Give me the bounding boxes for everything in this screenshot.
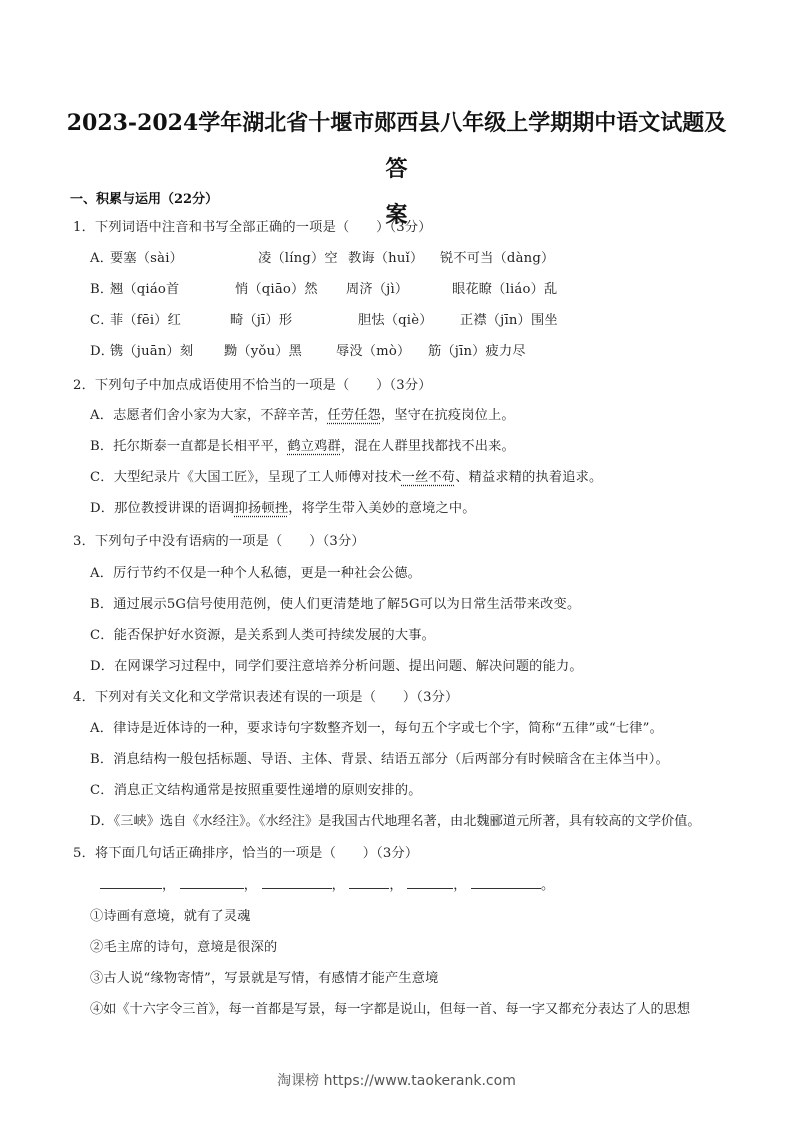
dotted-idiom: 一丝不苟 (402, 470, 456, 485)
question-2-option-a: A．志愿者们舍小家为大家，不辞辛苦，任劳任怨，坚守在抗疫岗位上。 (90, 404, 515, 423)
question-2-option-d: D．那位教授讲课的语调抑扬顿挫，将学生带入美妙的意境之中。 (90, 497, 476, 516)
question-4-option-b: B．消息结构一般包括标题、导语、主体、背景、结语五部分（后两部分有时候暗含在主体… (90, 748, 669, 767)
blank-5[interactable] (407, 876, 453, 889)
question-3-option-c: C．能否保护好水资源，是关系到人类可持续发展的大事。 (90, 624, 435, 643)
blank-6[interactable] (471, 876, 541, 889)
question-4-stem: 4．下列对有关文化和文学常识表述有误的一项是（ ）（3分） (73, 686, 458, 705)
question-4-option-c: C．消息正文结构通常是按照重要性递增的原则安排的。 (90, 779, 422, 798)
dotted-idiom: 鹤立鸡群 (287, 439, 341, 454)
sentence-1: ①诗画有意境，就有了灵魂 (90, 905, 251, 924)
blank-1[interactable] (100, 876, 162, 889)
sentence-4: ④如《十六字令三首》，每一首都是写景，每一字都是说山，但每一首、每一字又都充分表… (90, 998, 690, 1017)
question-3-option-b: B．通过展示5G信号使用范例，使人们更清楚地了解5G可以为日常生活带来改变。 (90, 593, 580, 612)
dotted-idiom: 任劳任怨 (327, 408, 381, 423)
dotted-idiom: 抑扬顿挫 (235, 501, 289, 516)
blank-4[interactable] (349, 876, 389, 889)
question-5-stem: 5．将下面几句话正确排序，恰当的一项是（ ）（3分） (73, 842, 418, 861)
section-heading: 一、积累与运用（22分） (70, 188, 218, 207)
question-3-stem: 3．下列句子中没有语病的一项是（ ）（3分） (73, 530, 365, 549)
sentence-3: ③古人说“缘物寄情”，写景就是写情，有感情才能产生意境 (90, 967, 439, 986)
question-4-option-d: D．《三峡》选自《水经注》。《水经注》是我国古代地理名著，由北魏郦道元所著，具有… (90, 810, 701, 829)
sentence-2: ②毛主席的诗句，意境是很深的 (90, 936, 277, 955)
question-2-option-b: B．托尔斯泰一直都是长相平平，鹤立鸡群，混在人群里找都找不出来。 (90, 435, 515, 454)
answer-blanks: ， ， ， ， ， 。 (100, 874, 554, 893)
watermark-footer: 淘课榜 https://www.taokerank.com (0, 1070, 793, 1090)
title-line-1: 2023-2024学年湖北省十堰市郧西县八年级上学期期中语文试题及答 (60, 100, 733, 192)
question-2-option-c: C．大型纪录片《大国工匠》，呈现了工人师傅对技术一丝不苟、精益求精的执着追求。 (90, 466, 602, 485)
question-2-stem: 2．下列句子中加点成语使用不恰当的一项是（ ）（3分） (73, 374, 432, 393)
question-1-stem: 1．下列词语中注音和书写全部正确的一项是（ ）（3分） (73, 216, 432, 235)
blank-3[interactable] (262, 876, 332, 889)
question-3-option-a: A．厉行节约不仅是一种个人私德，更是一种社会公德。 (90, 562, 421, 581)
question-3-option-d: D．在网课学习过程中，同学们要注意培养分析问题、提出问题、解决问题的能力。 (90, 655, 583, 674)
blank-2[interactable] (180, 876, 244, 889)
question-4-option-a: A．律诗是近体诗的一种，要求诗句字数整齐划一，每句五个字或七个字，简称“五律”或… (90, 717, 663, 736)
